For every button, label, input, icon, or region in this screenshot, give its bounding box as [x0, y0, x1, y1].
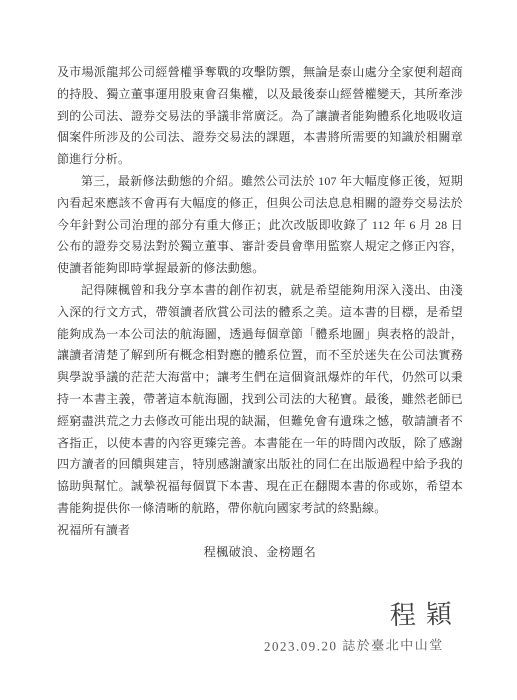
blessing-line: 程楓破浪、金榜題名 [57, 542, 463, 564]
paragraph-book-purpose: 記得陳楓曾和我分享本書的創作初衷，就是希望能夠用深入淺出、由淺入深的行文方式，帶… [57, 280, 463, 520]
signature-date: 2023.09.20 誌於臺北中山堂 [264, 634, 462, 655]
signature-block: 程穎 2023.09.20 誌於臺北中山堂 [264, 596, 462, 654]
paragraph-closing-wish: 祝福所有讀者 [57, 520, 463, 542]
paragraph-case-discussion: 及市場派龍邦公司經營權爭奪戰的攻擊防禦，無論是泰山處分全家便利超商的持股、獨立董… [57, 62, 463, 171]
preface-text-block: 及市場派龍邦公司經營權爭奪戰的攻擊防禦，無論是泰山處分全家便利超商的持股、獨立董… [57, 62, 463, 563]
preface-page: 及市場派龍邦公司經營權爭奪戰的攻擊防禦，無論是泰山處分全家便利超商的持股、獨立董… [0, 0, 517, 700]
signature-name: 程穎 [264, 593, 463, 635]
paragraph-law-amendments: 第三，最新修法動態的介紹。雖然公司法於 107 年大幅度修正後，短期內看起來應該… [57, 171, 463, 280]
